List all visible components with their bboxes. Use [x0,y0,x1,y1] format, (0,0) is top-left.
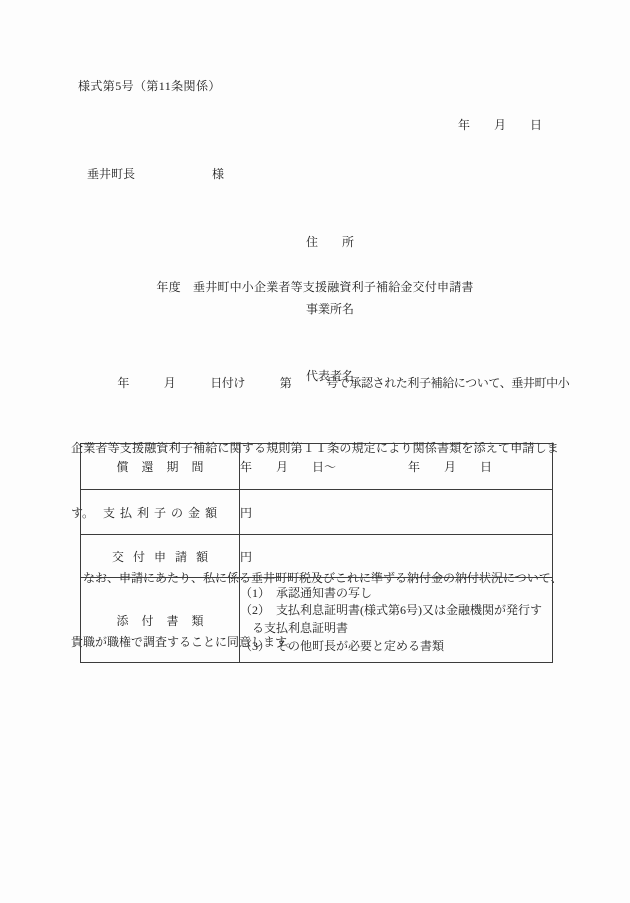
applicant-business-name-label: 事業所名 [306,298,354,320]
addressee-line: 垂井町長様 [75,150,224,197]
application-amount-row: 交付申請額 円 [81,535,553,578]
application-amount-label: 交付申請額 [112,548,217,565]
repayment-period-label: 償還期間 [116,458,216,475]
addressee-name: 垂井町長 [87,167,135,181]
paid-interest-row: 支払利子の金額 円 [81,490,553,535]
form-number: 様式第5号（第11条関係） [78,77,221,94]
attachments-row: 添付書類 （1） 承認通知書の写し （2） 支払利息証明書(様式第6号)又は金融… [81,578,553,663]
attachments-label: 添付書類 [116,612,216,629]
applicant-address-label: 住 所 [306,231,354,253]
application-paragraph-line: 年 月 日付け 第 号で承認された利子補給について、垂井町中小 [71,373,563,395]
document-title: 年度 垂井町中小企業者等支援融資利子補給金交付申請書 [0,278,630,295]
paid-interest-label-cell: 支払利子の金額 [81,490,240,535]
repayment-period-value-cell: 年 月 日～ 年 月 日 [240,444,553,490]
attachment-item: （2） 支払利息証明書(様式第6号)又は金融機関が発行する支払利息証明書 [240,602,552,637]
application-table: 償還期間 年 月 日～ 年 月 日 支払利子の金額 円 交付申請額 円 添付書類… [80,443,553,663]
paid-interest-label: 支払利子の金額 [103,504,222,521]
application-form-page: 様式第5号（第11条関係） 年 月 日 垂井町長様 住 所 事業所名 代表者名 … [0,0,630,903]
attachments-value-cell: （1） 承認通知書の写し （2） 支払利息証明書(様式第6号)又は金融機関が発行… [240,578,553,663]
repayment-period-label-cell: 償還期間 [81,444,240,490]
attachment-item: （3） その他町長が必要と定める書類 [240,638,552,656]
addressee-honorific: 様 [212,167,224,181]
attachment-item: （1） 承認通知書の写し [240,585,552,603]
application-amount-value-cell: 円 [240,535,553,578]
attachments-label-cell: 添付書類 [81,578,240,663]
application-amount-label-cell: 交付申請額 [81,535,240,578]
date-line: 年 月 日 [458,116,542,133]
paid-interest-value-cell: 円 [240,490,553,535]
repayment-period-row: 償還期間 年 月 日～ 年 月 日 [81,444,553,490]
